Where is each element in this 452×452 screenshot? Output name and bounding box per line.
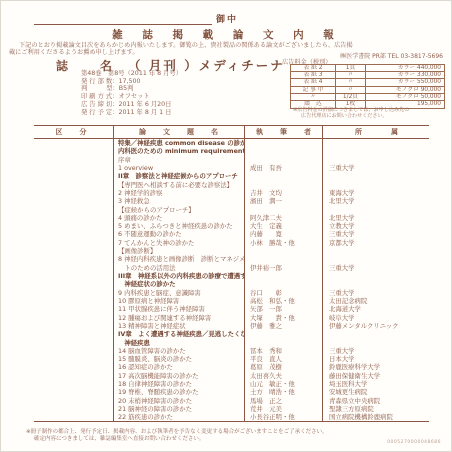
toc-cell-title: 【専門医へ相談する前に必要な診察法】 — [114, 181, 245, 189]
toc-cell-author: 伊井裕一郎 — [245, 264, 323, 272]
toc-cell-title: 8 神経内科疾患と画像診断 診断とマネジメン — [114, 255, 245, 263]
header-article-title: 論 文 題 名 — [114, 126, 245, 138]
footer-note-line-2: 確定内容につきましては、雑誌編集室へ直接お問い合わせください。 — [26, 436, 446, 443]
journal-details: 第48巻 第8号（2011 年 8 月号）発 行 部 数：17,500判 型：B… — [81, 70, 182, 116]
toc-cell-category — [34, 330, 114, 338]
toc-cell-affiliation: 埼玉医科大学 — [323, 380, 429, 388]
toc-cell-author — [245, 206, 323, 214]
toc-row: IV章 よく遭遇する神経疾患／見逃したくない — [34, 330, 429, 338]
toc-cell-category — [34, 156, 114, 164]
toc-cell-category — [34, 413, 114, 421]
toc-cell-category — [34, 147, 114, 155]
toc-cell-author — [245, 181, 323, 189]
toc-cell-category — [34, 189, 114, 197]
toc-cell-affiliation — [323, 181, 429, 189]
toc-cell-affiliation: 三重大学 — [323, 164, 429, 172]
toc-cell-affiliation: 鈴鹿医療科学大学 — [323, 363, 429, 371]
ad-rate-cell: 〃 — [336, 87, 366, 93]
toc-cell-title: 13 精神障害と神経症状 — [114, 322, 245, 330]
ad-rates-note-line-2: 広告代理店にお問い合わせください。 — [293, 114, 445, 120]
journal-detail-line: 判 型：B5判 — [81, 85, 182, 93]
toc-cell-author: 阿久津二夫 — [245, 214, 323, 222]
toc-cell-affiliation: 京都大学 — [323, 239, 429, 247]
toc-cell-title: II章 診察法と神経症候からのアプローチ — [114, 172, 245, 180]
toc-cell-category — [34, 339, 114, 347]
toc-cell-affiliation — [323, 156, 429, 164]
toc-row: 神経疾患 — [34, 339, 429, 347]
toc-cell-author: 矢部 一郎 — [245, 305, 323, 313]
toc-row: 【症候からのアプローチ】 — [34, 206, 429, 214]
toc-cell-title: 特集／神経疾患 common disease の診かた — [114, 139, 245, 147]
toc-cell-author: 内藤 寛 — [245, 230, 323, 238]
toc-cell-title: IV章 よく遭遇する神経疾患／見逃したくない — [114, 330, 245, 338]
toc-cell-affiliation — [323, 255, 429, 263]
ad-rate-cell: 表 紙 4 — [291, 79, 336, 85]
toc-cell-affiliation — [323, 172, 429, 180]
toc-cell-affiliation: 東海大学 — [323, 189, 429, 197]
toc-cell-author — [245, 280, 323, 288]
toc-cell-affiliation — [323, 147, 429, 155]
header-affiliation: 所 属 — [323, 126, 429, 138]
toc-cell-category — [34, 280, 114, 288]
toc-cell-title: 6 不随意運動の診かた — [114, 230, 245, 238]
toc-row: 2 神経学的診察吉井 文均東海大学 — [34, 189, 429, 197]
toc-cell-title: 2 神経学的診察 — [114, 189, 245, 197]
toc-cell-author — [245, 156, 323, 164]
toc-cell-affiliation: 日本大学 — [323, 355, 429, 363]
toc-cell-affiliation: 岐阜大学 — [323, 314, 429, 322]
toc-cell-author: 成田 有吾 — [245, 164, 323, 172]
toc-cell-affiliation: 三重大学 — [323, 264, 429, 272]
toc-cell-title: 4 頭痛の診かた — [114, 214, 245, 222]
publisher-contact: ㈱医学書院 PR部 TEL 03-3817-5696 — [340, 51, 443, 60]
toc-cell-affiliation — [323, 330, 429, 338]
toc-cell-title: 17 高次脳機能障害の診かた — [114, 372, 245, 380]
toc-cell-category — [34, 239, 114, 247]
toc-row: 6 不随意運動の診かた内藤 寛三重大学 — [34, 230, 429, 238]
toc-cell-category — [34, 363, 114, 371]
ad-rate-cell: 表 紙 3 — [291, 72, 336, 78]
journal-detail-line: 第48巻 第8号（2011 年 8 月号） — [81, 70, 182, 78]
toc-cell-author: 荒井 元美 — [245, 405, 323, 413]
document-code: 0005270000048686 — [387, 440, 441, 445]
toc-row: 17 高次脳機能障害の診かた太田喜久夫藤田保健衛生大学 — [34, 372, 429, 380]
toc-cell-title: 神経症状の診かた — [114, 280, 245, 288]
toc-cell-title: 15 髄膜炎、脳炎の診かた — [114, 355, 245, 363]
toc-cell-category — [34, 322, 114, 330]
ad-rate-cell: 記 事 中 — [291, 87, 336, 93]
footer-note: ※冊子制作の都合上、発行予定日、掲載内容、および執筆者を予告なく変更する場合がご… — [26, 429, 446, 442]
toc-cell-author: 葛原 茂樹 — [245, 363, 323, 371]
toc-cell-affiliation — [323, 280, 429, 288]
ad-rate-cell: カラー 550,000 — [366, 79, 444, 85]
toc-cell-category — [34, 247, 114, 255]
toc-cell-affiliation: 三重大学 — [323, 347, 429, 355]
toc-cell-author — [245, 339, 323, 347]
toc-cell-author: 大塚 貴・他 — [245, 314, 323, 322]
toc-cell-title: 22 筋疾患の診かた — [114, 413, 245, 421]
articles-table: 区 分 論 文 題 名 執 筆 者 所 属 特集／神経疾患 common dis… — [34, 125, 429, 422]
toc-cell-title: 【症候からのアプローチ】 — [114, 206, 245, 214]
articles-table-header: 区 分 論 文 題 名 執 筆 者 所 属 — [34, 126, 429, 139]
toc-cell-affiliation — [323, 206, 429, 214]
toc-cell-title: 16 認知症の診かた — [114, 363, 245, 371]
toc-cell-affiliation: 伊藤メンタルクリニック — [323, 322, 429, 330]
toc-cell-category — [34, 181, 114, 189]
toc-cell-category — [34, 347, 114, 355]
toc-cell-author: 高松 和弘・他 — [245, 297, 323, 305]
toc-cell-category — [34, 380, 114, 388]
toc-row: トのための活用法伊井裕一郎三重大学 — [34, 264, 429, 272]
toc-cell-title: 9 内科疾患と脳症、意識障害 — [114, 289, 245, 297]
ad-rate-cell: 1/2頁 — [336, 94, 366, 100]
toc-cell-title: 序章 — [114, 156, 245, 164]
toc-row: 13 精神障害と神経症状伊藤 雅之伊藤メンタルクリニック — [34, 322, 429, 330]
toc-cell-title: 11 甲状腺疾患に伴う神経障害 — [114, 305, 245, 313]
toc-cell-title: トのための活用法 — [114, 264, 245, 272]
toc-cell-title: 神経疾患 — [114, 339, 245, 347]
toc-cell-author: 濱田 潤一 — [245, 197, 323, 205]
toc-row: 14 脳血管障害の診かた冨本 秀和三重大学 — [34, 347, 429, 355]
toc-cell-affiliation: 聖隷三方原病院 — [323, 405, 429, 413]
toc-row: 序章 — [34, 156, 429, 164]
toc-row: 9 内科疾患と脳症、意識障害谷口 彰三重大学 — [34, 289, 429, 297]
document-page: 御中 雑 誌 掲 載 論 文 内 報 下記のとおり掲載論文目次をあらかじめ内報い… — [0, 0, 452, 452]
toc-row: 22 筋疾患の診かた小長谷正明・他国立病院機構鈴鹿病院 — [34, 413, 429, 421]
toc-cell-author: 小林 勝哉・他 — [245, 239, 323, 247]
toc-cell-category — [34, 272, 114, 280]
toc-row: 4 頭痛の診かた阿久津二夫北里大学 — [34, 214, 429, 222]
ad-rates-table-body: 表 紙 21頁カラー 440,000表 紙 3〃カラー 330,000表 紙 4… — [291, 65, 444, 108]
ad-rate-cell: カラー 440,000 — [366, 65, 444, 71]
toc-cell-title: 18 自律神経障害の診かた — [114, 380, 245, 388]
toc-body: 特集／神経疾患 common disease の診かた内科医のための minim… — [34, 139, 429, 422]
toc-row: 内科医のための minimum requirement — [34, 147, 429, 155]
toc-cell-author — [245, 330, 323, 338]
addressee-blank-underline — [34, 15, 212, 25]
toc-cell-author: 吉井 文均 — [245, 189, 323, 197]
toc-row: 【画像診断】 — [34, 247, 429, 255]
toc-row: 特集／神経疾患 common disease の診かた — [34, 139, 429, 147]
ad-rate-cell: モノクロ 90,000 — [366, 87, 444, 93]
toc-cell-affiliation: 北里大学 — [323, 197, 429, 205]
toc-cell-category — [34, 372, 114, 380]
toc-cell-author — [245, 255, 323, 263]
ad-rate-row: 表 紙 3〃カラー 330,000 — [291, 72, 444, 79]
toc-row: 10 膠原病と神経障害高松 和弘・他太田記念病院 — [34, 297, 429, 305]
toc-cell-category — [34, 314, 114, 322]
toc-cell-title: III章 神経系以外の内科疾患の診療で遭遇する — [114, 272, 245, 280]
toc-cell-title: 19 脊椎、脊髄疾患の診かた — [114, 388, 245, 396]
toc-cell-category — [34, 264, 114, 272]
toc-row: 19 脊椎、脊髄疾患の診かた土方 晴浩・他安城更生病院 — [34, 388, 429, 396]
toc-cell-title: 7 てんかんと失神の診かた — [114, 239, 245, 247]
toc-row: 12 腫瘍および関連する神経障害大塚 貴・他岐阜大学 — [34, 314, 429, 322]
toc-cell-title: 14 脳血管障害の診かた — [114, 347, 245, 355]
toc-row: 8 神経内科疾患と画像診断 診断とマネジメン — [34, 255, 429, 263]
toc-row: 21 脳神経の障害の診かた荒井 元美聖隷三方原病院 — [34, 405, 429, 413]
toc-cell-affiliation — [323, 139, 429, 147]
header-category: 区 分 — [34, 126, 114, 138]
toc-cell-affiliation: 北海道大学 — [323, 305, 429, 313]
ad-rates-table: 表 紙 21頁カラー 440,000表 紙 3〃カラー 330,000表 紙 4… — [290, 64, 445, 109]
toc-row: 20 末梢神経障害の診かた馬場 正之青森県立中央病院 — [34, 397, 429, 405]
toc-row: 18 自律神経障害の診かた山元 敏正・他埼玉医科大学 — [34, 380, 429, 388]
toc-cell-title: 21 脳神経の障害の診かた — [114, 405, 245, 413]
toc-cell-title: 12 腫瘍および関連する神経障害 — [114, 314, 245, 322]
ad-rate-cell: モノクロ 50,000 — [366, 94, 444, 100]
toc-cell-category — [34, 297, 114, 305]
toc-cell-affiliation: 国立病院機構鈴鹿病院 — [323, 413, 429, 421]
toc-cell-author: 太田喜久夫 — [245, 372, 323, 380]
toc-cell-author — [245, 272, 323, 280]
ad-rate-row: 表 紙 21頁カラー 440,000 — [291, 65, 444, 72]
journal-detail-line: 広 告 締 切：2011 年 6 月20日 — [81, 101, 182, 109]
toc-cell-category — [34, 139, 114, 147]
ad-rate-cell: 1頁 — [336, 65, 366, 71]
toc-cell-title: 1 overview — [114, 164, 245, 172]
toc-cell-title: 3 神経救急 — [114, 197, 245, 205]
toc-row: 3 神経救急濱田 潤一北里大学 — [34, 197, 429, 205]
toc-cell-author — [245, 139, 323, 147]
toc-row: 11 甲状腺疾患に伴う神経障害矢部 一郎北海道大学 — [34, 305, 429, 313]
toc-cell-category — [34, 164, 114, 172]
toc-row: 1 overview成田 有吾三重大学 — [34, 164, 429, 172]
toc-cell-category — [34, 305, 114, 313]
ad-rate-row: 記 事 中〃モノクロ 90,000 — [291, 87, 444, 94]
toc-cell-author: 山元 敏正・他 — [245, 380, 323, 388]
ad-rate-cell: 〃 — [336, 79, 366, 85]
toc-row: III章 神経系以外の内科疾患の診療で遭遇する — [34, 272, 429, 280]
toc-cell-affiliation — [323, 247, 429, 255]
ad-rates-note: ※広告料金の詳細につきましては、お申し込み先の 広告代理店にお問い合わせください… — [293, 108, 445, 120]
toc-row: 16 認知症の診かた葛原 茂樹鈴鹿医療科学大学 — [34, 363, 429, 371]
toc-cell-author: 谷口 彰 — [245, 289, 323, 297]
journal-detail-line: 印 刷 方 式：オフセット — [81, 93, 182, 101]
toc-row: 5 めまい、ふらつきと神経疾患の診かた大生 定義立教大学 — [34, 222, 429, 230]
toc-cell-author: 土方 晴浩・他 — [245, 388, 323, 396]
toc-row: 15 髄膜炎、脳炎の診かた平良 直人日本大学 — [34, 355, 429, 363]
toc-cell-category — [34, 172, 114, 180]
toc-cell-affiliation — [323, 339, 429, 347]
ad-rate-cell: 〃 — [336, 72, 366, 78]
toc-cell-author: 平良 直人 — [245, 355, 323, 363]
ad-rate-cell: 表 紙 2 — [291, 65, 336, 71]
toc-cell-author: 伊藤 雅之 — [245, 322, 323, 330]
toc-cell-affiliation — [323, 272, 429, 280]
toc-cell-author — [245, 147, 323, 155]
toc-cell-affiliation: 藤田保健衛生大学 — [323, 372, 429, 380]
toc-cell-affiliation: 安城更生病院 — [323, 388, 429, 396]
toc-cell-affiliation: 立教大学 — [323, 222, 429, 230]
toc-cell-affiliation: 青森県立中央病院 — [323, 397, 429, 405]
toc-cell-category — [34, 388, 114, 396]
toc-cell-category — [34, 197, 114, 205]
toc-cell-affiliation: 太田記念病院 — [323, 297, 429, 305]
toc-cell-author: 大生 定義 — [245, 222, 323, 230]
toc-row: 7 てんかんと失神の診かた小林 勝哉・他京都大学 — [34, 239, 429, 247]
ad-rate-cell: 〃 — [291, 94, 336, 100]
toc-cell-author: 馬場 正之 — [245, 397, 323, 405]
toc-cell-author — [245, 172, 323, 180]
toc-cell-title: 10 膠原病と神経障害 — [114, 297, 245, 305]
ad-rate-row: 表 紙 4〃カラー 550,000 — [291, 79, 444, 86]
toc-cell-affiliation: 三重大学 — [323, 289, 429, 297]
toc-cell-title: 内科医のための minimum requirement — [114, 147, 245, 155]
toc-cell-affiliation: 三重大学 — [323, 230, 429, 238]
toc-cell-category — [34, 206, 114, 214]
toc-cell-category — [34, 214, 114, 222]
toc-row: II章 診察法と神経症候からのアプローチ — [34, 172, 429, 180]
document-title: 雑 誌 掲 載 論 文 内 報 — [1, 27, 452, 42]
journal-detail-line: 発 行 予 定：2011 年 8 月 1 日 — [81, 109, 182, 117]
ad-rate-cell: カラー 330,000 — [366, 72, 444, 78]
toc-row: 【専門医へ相談する前に必要な診察法】 — [34, 181, 429, 189]
toc-cell-category — [34, 222, 114, 230]
toc-row: 神経症状の診かた — [34, 280, 429, 288]
toc-cell-category — [34, 355, 114, 363]
ad-rate-row: 〃1/2頁モノクロ 50,000 — [291, 94, 444, 101]
toc-cell-category — [34, 397, 114, 405]
toc-cell-affiliation: 北里大学 — [323, 214, 429, 222]
addressee-suffix: 御中 — [216, 12, 238, 25]
toc-cell-title: 20 末梢神経障害の診かた — [114, 397, 245, 405]
toc-cell-category — [34, 289, 114, 297]
header-author: 執 筆 者 — [245, 126, 323, 138]
footer-note-line-1: ※冊子制作の都合上、発行予定日、掲載内容、および執筆者を予告なく変更する場合がご… — [26, 429, 446, 436]
toc-cell-category — [34, 405, 114, 413]
toc-cell-title: 5 めまい、ふらつきと神経疾患の診かた — [114, 222, 245, 230]
toc-cell-author: 小長谷正明・他 — [245, 413, 323, 421]
addressee-line: 御中 — [34, 12, 264, 25]
toc-cell-author: 冨本 秀和 — [245, 347, 323, 355]
toc-cell-category — [34, 255, 114, 263]
toc-cell-author — [245, 247, 323, 255]
toc-cell-title: 【画像診断】 — [114, 247, 245, 255]
toc-cell-category — [34, 230, 114, 238]
